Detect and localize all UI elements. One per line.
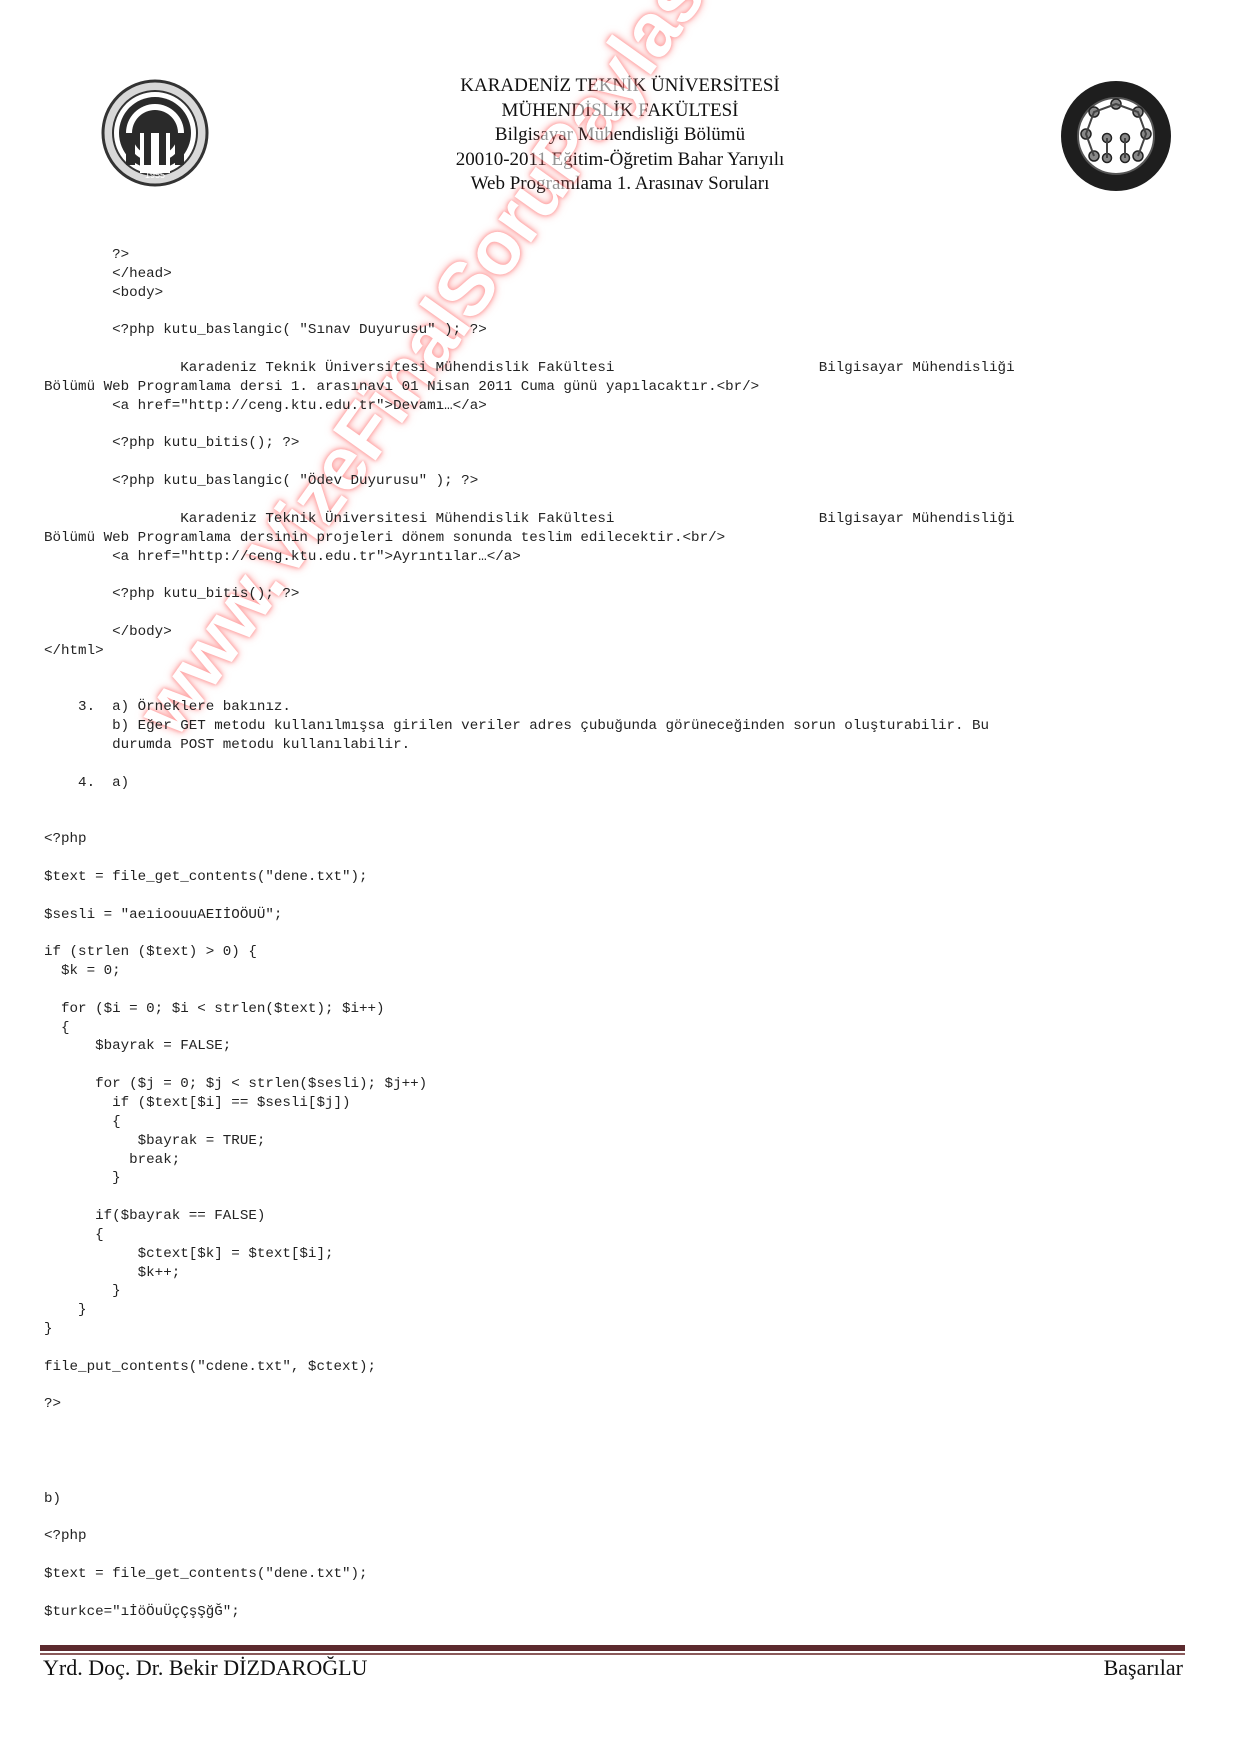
code-line	[44, 792, 1015, 811]
code-line: $text = file_get_contents("dene.txt");	[44, 868, 1015, 887]
code-line	[44, 1471, 1015, 1490]
answer-code-body: ?> </head> <body> <?php kutu_baslangic( …	[44, 246, 1015, 1622]
code-line: <?php kutu_baslangic( "Sınav Duyurusu" )…	[44, 321, 1015, 340]
code-line	[44, 755, 1015, 774]
document-header: KARADENİZ TEKNİK ÜNİVERSİTESİ MÜHENDİSLİ…	[380, 74, 860, 197]
code-line: b) Eğer GET metodu kullanılmışsa girilen…	[44, 717, 1015, 736]
code-line: </body>	[44, 623, 1015, 642]
code-line: 3. a) Örneklere bakınız.	[44, 698, 1015, 717]
code-line	[44, 303, 1015, 322]
code-line	[44, 1377, 1015, 1396]
code-line: if ($text[$i] == $sesli[$j])	[44, 1094, 1015, 1113]
code-line: 4. a)	[44, 774, 1015, 793]
code-line: Karadeniz Teknik Üniversitesi Mühendisli…	[44, 510, 1015, 529]
code-line: <a href="http://ceng.ktu.edu.tr">Devamı……	[44, 397, 1015, 416]
footer-author: Yrd. Doç. Dr. Bekir DİZDAROĞLU	[43, 1655, 367, 1681]
code-line	[44, 1452, 1015, 1471]
code-line: {	[44, 1226, 1015, 1245]
computer-engineering-department-seal-icon	[1058, 78, 1174, 194]
code-line: }	[44, 1320, 1015, 1339]
department-logo	[1058, 78, 1174, 194]
code-line: ?>	[44, 1395, 1015, 1414]
code-line: for ($i = 0; $i < strlen($text); $i++)	[44, 1000, 1015, 1019]
code-line: if($bayrak == FALSE)	[44, 1207, 1015, 1226]
code-line	[44, 566, 1015, 585]
code-line	[44, 1584, 1015, 1603]
code-line: $ctext[$k] = $text[$i];	[44, 1245, 1015, 1264]
code-line: $turkce="ıİöÖuÜçÇşŞğĞ";	[44, 1603, 1015, 1622]
code-line: <?php kutu_baslangic( "Ödev Duyurusu" );…	[44, 472, 1015, 491]
code-line: }	[44, 1301, 1015, 1320]
code-line	[44, 1546, 1015, 1565]
code-line	[44, 1509, 1015, 1528]
code-line: {	[44, 1019, 1015, 1038]
code-line: $text = file_get_contents("dene.txt");	[44, 1565, 1015, 1584]
code-line	[44, 849, 1015, 868]
code-line: file_put_contents("cdene.txt", $ctext);	[44, 1358, 1015, 1377]
code-line: }	[44, 1282, 1015, 1301]
academic-term: 20010-2011 Eğitim-Öğretim Bahar Yarıyılı	[380, 148, 860, 173]
ktu-university-seal-icon: 1955	[100, 78, 210, 188]
code-line: <a href="http://ceng.ktu.edu.tr">Ayrıntı…	[44, 548, 1015, 567]
code-line: $k++;	[44, 1264, 1015, 1283]
university-logo: 1955	[100, 78, 210, 188]
code-line: break;	[44, 1151, 1015, 1170]
footer-closing: Başarılar	[1104, 1655, 1183, 1681]
code-line: $sesli = "aeıioouuAEIİOÖUÜ";	[44, 906, 1015, 925]
code-line	[44, 981, 1015, 1000]
code-line	[44, 661, 1015, 680]
code-line: for ($j = 0; $j < strlen($sesli); $j++)	[44, 1075, 1015, 1094]
footer-divider	[40, 1645, 1185, 1651]
code-line: $k = 0;	[44, 962, 1015, 981]
code-line	[44, 340, 1015, 359]
code-line	[44, 491, 1015, 510]
university-name: KARADENİZ TEKNİK ÜNİVERSİTESİ	[380, 74, 860, 99]
faculty-name: MÜHENDİSLİK FAKÜLTESİ	[380, 99, 860, 124]
code-line	[44, 1188, 1015, 1207]
exam-title: Web Programlama 1. Arasınav Soruları	[380, 172, 860, 197]
code-line: <?php	[44, 1527, 1015, 1546]
code-line: $bayrak = FALSE;	[44, 1037, 1015, 1056]
code-line: <?php	[44, 830, 1015, 849]
code-line: <?php kutu_bitis(); ?>	[44, 585, 1015, 604]
code-line: Karadeniz Teknik Üniversitesi Mühendisli…	[44, 359, 1015, 378]
code-line: Bölümü Web Programlama dersi 1. arasınav…	[44, 378, 1015, 397]
code-line: b)	[44, 1490, 1015, 1509]
code-line: <?php kutu_bitis(); ?>	[44, 434, 1015, 453]
code-line	[44, 1433, 1015, 1452]
department-name: Bilgisayar Mühendisliği Bölümü	[380, 123, 860, 148]
svg-text:1955: 1955	[145, 170, 165, 180]
code-line	[44, 811, 1015, 830]
code-line: $bayrak = TRUE;	[44, 1132, 1015, 1151]
code-line: </head>	[44, 265, 1015, 284]
code-line: ?>	[44, 246, 1015, 265]
code-line: durumda POST metodu kullanılabilir.	[44, 736, 1015, 755]
code-line: {	[44, 1113, 1015, 1132]
code-line: if (strlen ($text) > 0) {	[44, 943, 1015, 962]
code-line	[44, 924, 1015, 943]
code-line	[44, 1414, 1015, 1433]
code-line	[44, 416, 1015, 435]
code-line	[44, 679, 1015, 698]
code-line: </html>	[44, 642, 1015, 661]
code-line	[44, 887, 1015, 906]
code-line: <body>	[44, 284, 1015, 303]
code-line	[44, 453, 1015, 472]
code-line: Bölümü Web Programlama dersinin projeler…	[44, 529, 1015, 548]
code-line	[44, 604, 1015, 623]
code-line	[44, 1056, 1015, 1075]
code-line	[44, 1339, 1015, 1358]
code-line: }	[44, 1169, 1015, 1188]
